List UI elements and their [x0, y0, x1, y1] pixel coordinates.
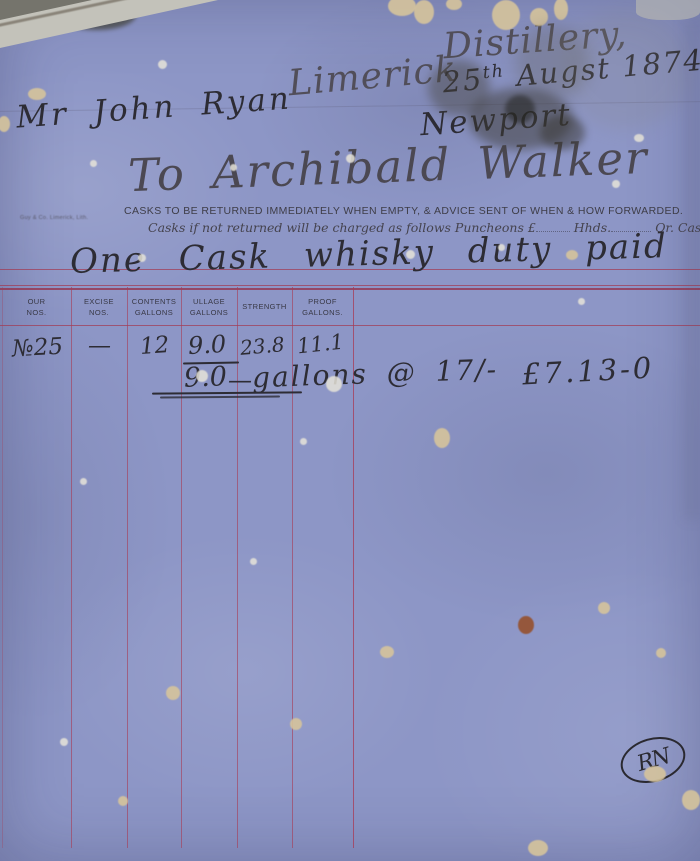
stain	[530, 8, 548, 26]
cell-excise-nos: —	[88, 333, 111, 359]
computation-dash: —	[228, 366, 252, 394]
speckle	[346, 154, 355, 163]
header-proof-gallons: PROOF GALLONS.	[292, 297, 353, 319]
speckle	[498, 244, 505, 251]
stain	[518, 616, 534, 634]
header-line: CONTENTS	[127, 297, 181, 308]
stain	[166, 686, 180, 700]
computation-amount: £7.13-0	[521, 351, 655, 392]
speckle	[326, 376, 342, 392]
header-our-nos: OUR NOS.	[2, 297, 71, 319]
header-line: GALLONS	[181, 308, 237, 319]
stain	[446, 0, 462, 10]
speckle	[612, 180, 620, 188]
header-contents-gallons: CONTENTS GALLONS	[127, 297, 181, 319]
computation-unit-price: gallons @ 17/-	[251, 353, 498, 395]
header-strength: STRENGTH	[237, 297, 292, 313]
invoice-document: Distillery, Limerick 25th Augst 1874 Mr …	[0, 0, 700, 861]
table-column-line	[127, 287, 128, 848]
stain	[414, 0, 434, 24]
header-line: STRENGTH	[237, 302, 292, 313]
speckle	[406, 250, 415, 259]
stain	[28, 88, 46, 100]
header-line: GALLONS	[127, 308, 181, 319]
edge-shading	[684, 20, 700, 520]
header-ullage-gallons: ULLAGE GALLONS	[181, 297, 237, 319]
speckle	[158, 60, 167, 69]
header-line: GALLONS.	[292, 308, 353, 319]
stain	[528, 840, 548, 856]
stain	[290, 718, 302, 730]
table-column-line	[181, 287, 182, 848]
ruled-line-horizontal	[0, 325, 700, 326]
stain	[388, 0, 416, 16]
speckle	[578, 298, 585, 305]
ruled-line-horizontal	[0, 285, 700, 286]
table-column-line	[71, 287, 72, 848]
speckle	[250, 558, 257, 565]
speckle	[300, 438, 307, 445]
header-line: EXCISE	[71, 297, 127, 308]
cell-strength: 23.8	[239, 332, 285, 360]
addressee-name: Mr John Ryan	[15, 80, 293, 135]
header-excise-nos: EXCISE NOS.	[71, 297, 127, 319]
speckle	[138, 254, 146, 262]
header-line: PROOF	[292, 297, 353, 308]
printer-imprint: Guy & Co. Limerick, Lith.	[20, 215, 88, 221]
speckle	[230, 164, 237, 171]
stain	[0, 116, 10, 132]
ruled-line-horizontal	[0, 288, 700, 290]
cell-contents-gallons: 12	[139, 332, 170, 360]
stain	[118, 796, 128, 806]
cell-proof-gallons: 11.1	[296, 330, 345, 359]
top-right-patch	[636, 0, 700, 20]
header-line: NOS.	[2, 308, 71, 319]
casks-notice-caps: CASKS TO BE RETURNED IMMEDIATELY WHEN EM…	[124, 205, 683, 217]
ink-blot	[540, 115, 585, 150]
stain	[434, 428, 450, 448]
header-line: OUR	[2, 297, 71, 308]
speckle	[80, 478, 87, 485]
cell-ullage-gallons: 9.0	[187, 330, 227, 360]
ink-blot	[505, 95, 535, 123]
underline-computation-2	[160, 395, 280, 398]
speckle	[634, 134, 644, 142]
stain	[598, 602, 610, 614]
stain	[492, 0, 520, 30]
stain	[380, 646, 394, 658]
stain	[656, 648, 666, 658]
speckle	[90, 160, 97, 167]
header-line: NOS.	[71, 308, 127, 319]
stain	[566, 250, 578, 260]
underline-computation	[152, 391, 302, 394]
table-column-line	[2, 287, 3, 848]
speckle	[60, 738, 68, 746]
speckle	[196, 370, 208, 382]
header-line: ULLAGE	[181, 297, 237, 308]
stain	[644, 766, 666, 782]
stain	[682, 790, 700, 810]
cell-our-nos: №25	[11, 334, 63, 363]
